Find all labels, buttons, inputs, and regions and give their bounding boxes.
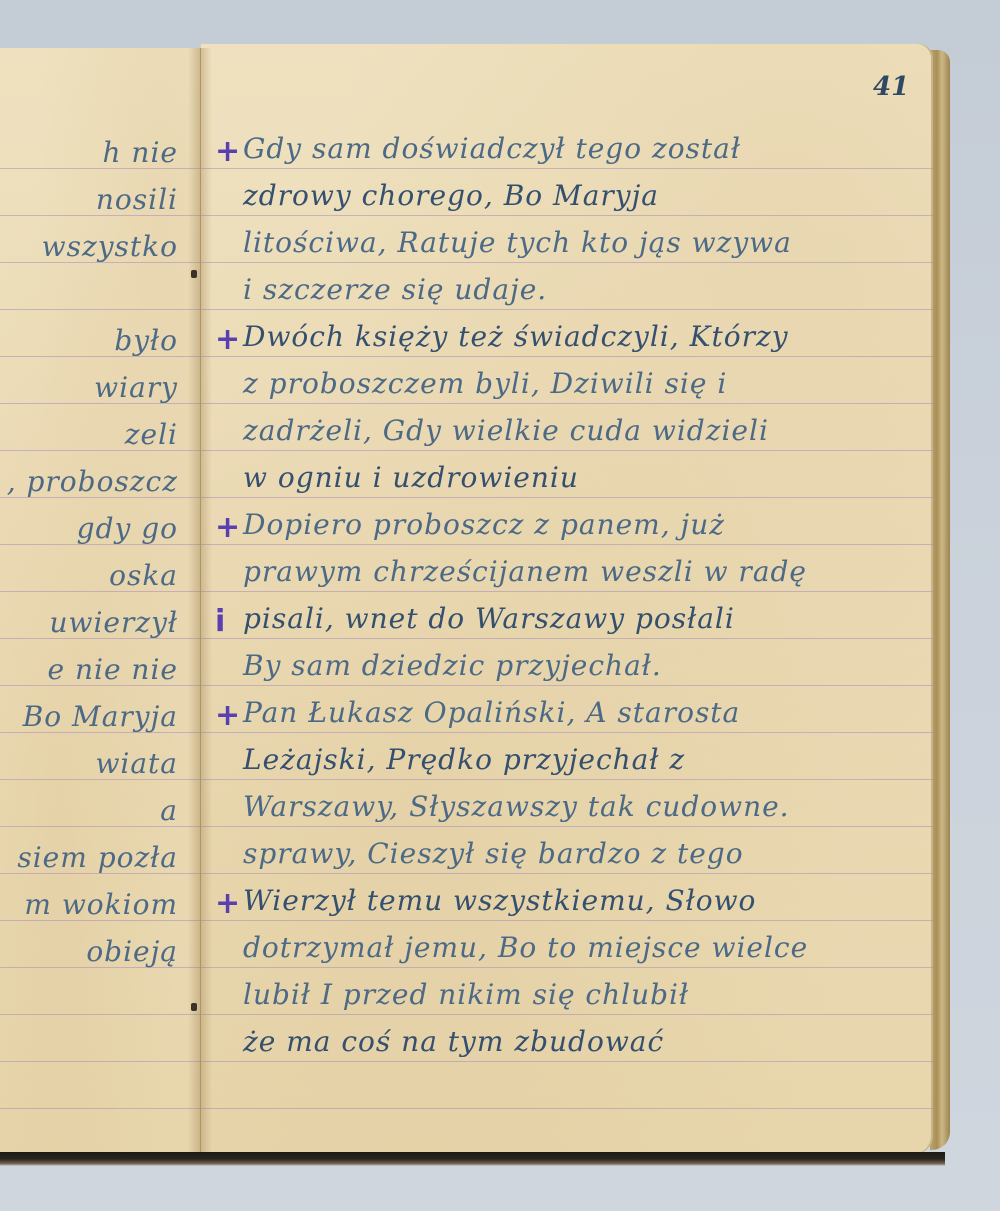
right-page: 41 +Gdy sam doświadczył tego zostałzdrow… [201, 44, 933, 1154]
handwritten-fragment: wiary [94, 371, 178, 404]
binding-staple [191, 1003, 197, 1011]
page-edges [930, 50, 950, 1150]
page-number: 41 [873, 72, 909, 102]
handwritten-line: że ma coś na tym zbudować [243, 1025, 664, 1058]
handwritten-fragment: gdy go [77, 512, 178, 545]
binding-staple [191, 270, 197, 278]
handwritten-fragment: nosili [96, 183, 178, 216]
handwritten-fragment: uwierzył [49, 606, 178, 639]
ruled-line [201, 309, 933, 310]
handwritten-line: litościwa, Ratuje tych kto jąs wzywa [243, 226, 792, 259]
ruled-line [201, 356, 933, 357]
ruled-line [0, 1108, 200, 1109]
handwritten-line: By sam dziedzic przyjechał. [243, 649, 662, 682]
ruled-line [201, 1014, 933, 1015]
handwritten-fragment: siem pozła [17, 841, 178, 874]
ruled-line [201, 497, 933, 498]
stanza-marker: + [215, 134, 240, 169]
handwritten-fragment: Bo Maryja [23, 700, 178, 733]
stanza-marker: + [215, 510, 240, 545]
ruled-line [201, 215, 933, 216]
handwritten-fragment: , proboszcz [7, 465, 178, 498]
ruled-line [201, 544, 933, 545]
handwritten-line: prawym chrześcijanem weszli w radę [243, 555, 807, 588]
handwritten-line: dotrzymał jemu, Bo to miejsce wielce [243, 931, 808, 964]
handwritten-fragment: wiata [95, 747, 178, 780]
handwritten-line: pisali, wnet do Warszawy posłali [243, 602, 735, 635]
handwritten-line: zdrowy chorego, Bo Maryja [243, 179, 659, 212]
ruled-line [201, 967, 933, 968]
handwritten-line: z proboszczem byli, Dziwili się i [243, 367, 727, 400]
handwritten-line: Dopiero proboszcz z panem, już [243, 508, 725, 541]
ruled-line [201, 168, 933, 169]
handwritten-line: Dwóch księży też świadczyli, Którzy [243, 320, 789, 353]
handwritten-fragment: h nie [103, 136, 179, 169]
handwritten-fragment: zeli [125, 418, 178, 451]
stanza-marker: i [215, 604, 225, 639]
stanza-marker: + [215, 322, 240, 357]
ruled-line [201, 1061, 933, 1062]
handwritten-fragment: było [114, 324, 178, 357]
left-page: h nienosiliwszystkobyłowiaryzeli, probos… [0, 48, 202, 1154]
handwritten-line: lubił I przed nikim się chlubił [243, 978, 689, 1011]
ruled-line [201, 638, 933, 639]
ruled-line [201, 920, 933, 921]
ruled-line [201, 450, 933, 451]
book-bottom-edge [0, 1152, 945, 1166]
handwritten-line: Gdy sam doświadczył tego został [243, 132, 741, 165]
ruled-line [201, 779, 933, 780]
handwritten-fragment: wszystko [42, 230, 178, 263]
handwritten-fragment: a [160, 794, 178, 827]
handwritten-line: w ogniu i uzdrowieniu [243, 461, 579, 494]
ruled-line [201, 826, 933, 827]
handwritten-line: Pan Łukasz Opaliński, A starosta [243, 696, 740, 729]
ruled-line [0, 1061, 200, 1062]
handwritten-line: zadrżeli, Gdy wielkie cuda widzieli [243, 414, 769, 447]
ruled-line [201, 732, 933, 733]
handwritten-line: Wierzył temu wszystkiemu, Słowo [243, 884, 756, 917]
handwritten-fragment: obieją [86, 935, 178, 968]
handwritten-fragment: oska [109, 559, 178, 592]
stanza-marker: + [215, 886, 240, 921]
ruled-line [201, 403, 933, 404]
ruled-line [0, 309, 200, 310]
stanza-marker: + [215, 698, 240, 733]
ruled-line [201, 1108, 933, 1109]
gutter-fold [188, 48, 212, 1154]
notebook-spread: h nienosiliwszystkobyłowiaryzeli, probos… [0, 0, 1000, 1211]
handwritten-fragment: m wokiom [24, 888, 178, 921]
handwritten-line: Warszawy, Słyszawszy tak cudowne. [243, 790, 790, 823]
handwritten-line: i szczerze się udaje. [243, 273, 547, 306]
ruled-line [201, 685, 933, 686]
handwritten-fragment: e nie nie [48, 653, 179, 686]
ruled-line [0, 1014, 200, 1015]
ruled-line [201, 262, 933, 263]
ruled-line [201, 591, 933, 592]
ruled-line [201, 873, 933, 874]
handwritten-line: Leżajski, Prędko przyjechał z [243, 743, 685, 776]
handwritten-line: sprawy, Cieszył się bardzo z tego [243, 837, 744, 870]
